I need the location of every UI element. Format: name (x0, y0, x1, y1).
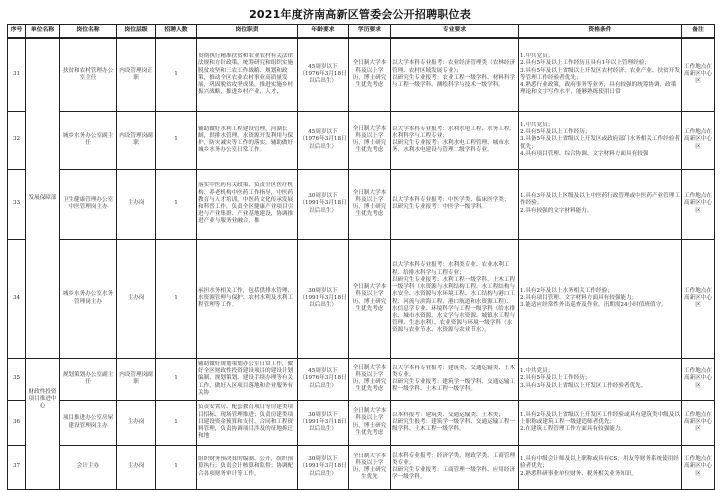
major-line: 以大学本科专业报考：水利类专业、农业水利工程、给排水科学与工程专业； (392, 262, 517, 276)
cell-age: 30周岁以下（1991年3月18日以后出生） (298, 169, 349, 239)
cell-qualifications: 1.中共党员； 2.具有5年及以上工作经历； 3.具备5年及以上省级以上开发区或… (519, 111, 682, 169)
major-line: 以研究生专业报考：水利工程一级学科、土木工程一级学科（水资源与水利结构工程、水工… (392, 277, 517, 335)
duties-text: 辅助做好规划策划办公室日常工作，做好全区财政性投资建设项目的建设计划编制、规划策… (198, 361, 296, 397)
table-header-row: 序号 单位名称 岗位名称 岗位层级 招聘人数 岗位职责 年龄要求 学历要求 专业… (8, 25, 715, 39)
cell-major: 以大学本科专业报考：水利类专业、农业水利工程、给排水科学与工程专业； 以研究生专… (391, 239, 519, 358)
qualification-line: 4.熟悉行业政策，政府事务等业务，具有较强的统筹协调、政策理论和文字写作水平，能… (520, 82, 680, 96)
cell-education: 全日制大学本科及以上学历，博士研究生优先考虑 (349, 358, 391, 400)
qualification-line: 3.能适应经常性外出巡查及作业，汛期需24小时值班值守。 (520, 302, 680, 309)
table-row: 34 城乡水务办公室水务管理岗主办 主办岗 1 承担水务相关工作，包括供排水管理… (8, 239, 715, 358)
major-line: 以研究生专业报考：中医学一级学科。 (392, 204, 517, 211)
unit-text: 财政性投资项目推进中心 (27, 389, 58, 411)
cell-major: 以本科报考：建筑类、交通运输类、土木类； 以研究生报考：建筑学一级学科、交通运输… (391, 400, 519, 445)
cell-level: 主办岗 (117, 445, 156, 456)
table-row: 32 城乡水务办公室副主任 内设管理岗副职 1 辅助做好水利工程建设管理，河湖长… (8, 111, 715, 169)
qualification-line: 2.具有项目管理、文字材料方面具有较强能力； (520, 295, 680, 302)
cell-education: 全日制大学本科及以上学历，博士研究生优先考虑 (349, 400, 391, 445)
cell-age: 30周岁以下（1991年3月18日以后出生） (298, 239, 349, 358)
cell-position: 会计主办 (60, 445, 117, 456)
cell-major: 以大学本科专业报考：建筑类、交通运输类、土木类专业； 以研究生专业报考：建筑学一… (391, 358, 519, 400)
cell-remark: 工作地点在高新区中心区 (682, 358, 715, 400)
cell-qualifications: 1.中共党员； 2.具有5年及以上工作经历且具有1年以上管理经验； 3.具有5年… (519, 38, 682, 111)
header-count: 招聘人数 (156, 25, 197, 39)
qualification-line: 4.具有项目管理、综合协调、文字材料方面具有较强 (520, 151, 680, 158)
cell-level: 主办岗 (117, 169, 156, 239)
header-major: 专业要求 (391, 25, 519, 39)
cell-no: 31 (8, 38, 26, 111)
duties-text: 贯彻执行精准扶贫和农业农村有关法律法规和方针政策，统筹研究和组织实施脱贫攻坚和三… (198, 53, 296, 96)
cell-level: 内设管理岗正职 (117, 38, 156, 111)
qualification-line: 2.在建筑工程管理工作方面具有较强能力。 (520, 426, 680, 433)
cell-age: 45周岁以下（1976年3月18日以后出生） (298, 358, 349, 400)
qualification-line: 2.具有5年及以上工作经历； (520, 375, 680, 382)
qualification-line: 1.具有2年及以上省级以上开发区工作经验或具有建筑类中级及以上职称或建筑工程一级… (520, 412, 680, 426)
cell-remark: 工作地点在高新区中心区 (682, 169, 715, 239)
header-education: 学历要求 (349, 25, 391, 39)
recruitment-table: 序号 单位名称 岗位名称 岗位层级 招聘人数 岗位职责 年龄要求 学历要求 专业… (7, 24, 715, 456)
cell-major: 以本科专业报考：经济学类、财政学类、工商管理类专业； 以研究生专业报考：工商管理… (391, 445, 519, 456)
cell-unit: 发展保障部 (26, 38, 60, 358)
cell-remark: 工作地点在高新区中心区 (682, 38, 715, 111)
cell-no: 36 (8, 400, 26, 445)
cell-age: 45周岁以下（1976年3月18日以后出生） (298, 111, 349, 169)
table-row: 31 发展保障部 扶贫和农村管理办公室主任 内设管理岗正职 1 贯彻执行精准扶贫… (8, 38, 715, 111)
cell-qualifications: 1.具有中级会计师及以上职称或具有CS、用友等财务系统使用经验者优先； 2.熟悉… (519, 445, 682, 456)
cell-duties: 落实中医药有关政策，负责全区医疗机构、养老机构中医药工作指导，中医药教育与人才培… (197, 169, 298, 239)
header-position: 岗位名称 (60, 25, 117, 39)
cell-count: 1 (156, 38, 197, 111)
cell-education: 全日制大学本科及以上学历，博士研究生优先 (349, 445, 391, 456)
cell-major: 以大学本科专业报考：农业经济管理类（农林经济管理、农村区域发展专业）； 以研究生… (391, 38, 519, 111)
header-unit: 单位名称 (26, 25, 60, 39)
major-line: 以研究生专业报考：水利水电工程管理、城市水务、水利水电建设与管理二级学科专业。 (392, 140, 517, 154)
header-no: 序号 (8, 25, 26, 39)
qualification-line: 1.具有3年及以上区级及以上中医药行政管理或中医药产业管理工作经验； (520, 193, 680, 207)
cell-no: 33 (8, 169, 26, 239)
cell-no: 37 (8, 445, 26, 456)
cell-education: 全日制大学本科及以上学历，博士研究生优先考虑 (349, 111, 391, 169)
major-line: 以本科专业报考：经济学类、财政学类、工商管理类专业； (392, 453, 517, 456)
cell-qualifications: 1.具有3年及以上区级及以上中医药行政管理或中医药产业管理工作经验； 2.具有较… (519, 169, 682, 239)
cell-count: 1 (156, 400, 197, 445)
header-age: 年龄要求 (298, 25, 349, 39)
cell-age: 45周岁以下（1976年3月18日以后出生） (298, 38, 349, 111)
cell-remark: 工作地点在高新区中心区 (682, 400, 715, 445)
cell-level: 主办岗 (117, 400, 156, 445)
table-row: 37 会计主办 主办岗 1 组织财务预决算的编制、公开，组织预算执行；负责会计核… (8, 445, 715, 456)
cell-position: 扶贫和农村管理办公室主任 (60, 38, 117, 111)
document-title: 2021年度济南高新区管委会公开招聘职位表 (0, 6, 720, 22)
cell-age: 30周岁以下（1991年3月18日以后出生） (298, 400, 349, 445)
qualification-line: 1.具有2年及以上水务相关工作经验； (520, 288, 680, 295)
header-level: 岗位层级 (117, 25, 156, 39)
cell-duties: 辅助做好水利工程建设管理，河湖长制，供排水管理，水资源开发利用与保护，防灾减灾等… (197, 111, 298, 169)
cell-education: 全日制大学本科及以上学历，博士研究生优先考虑 (349, 239, 391, 358)
cell-count: 1 (156, 169, 197, 239)
cell-level: 内设管理岗副职 (117, 111, 156, 169)
qualification-line: 3.具有3年及以上省级以上开发区工作经验者优先。 (520, 383, 680, 390)
major-line: 以研究生专业报考：农业工程一级学科、材料科学与工程一级学科、测绘科学与技术一级学… (392, 75, 517, 89)
cell-duties: 贯彻执行精准扶贫和农业农村有关法律法规和方针政策，统筹研究和组织实施脱贫攻坚和三… (197, 38, 298, 111)
cell-duties: 负责安置房、配套教育项目等房建类项目招标、现场管理推进；负责房建类项目建设资金预… (197, 400, 298, 445)
qualification-line: 3.具有5年及以上省级以上开发区农村经济、农业产业、扶贫开发等管理工作经验者优先… (520, 68, 680, 82)
table-row: 35 财政性投资项目推进中心 规划策划办公室副主任 内设管理岗副职 1 辅助做好… (8, 358, 715, 400)
major-line: 以大学本科专业报考：建筑类、交通运输类、土木类专业； (392, 365, 517, 379)
cell-duties: 辅助做好规划策划办公室日常工作，做好全区财政性投资建设项目的建设计划编制、规划策… (197, 358, 298, 400)
header-remark: 备注 (682, 25, 715, 39)
cell-count: 1 (156, 239, 197, 358)
cell-position: 卫生健康管理办公室中医管理岗主办 (60, 169, 117, 239)
cell-education: 全日制大学本科及以上学历，博士研究生优先考虑 (349, 169, 391, 239)
cell-remark: 工作地点在高新区中心区 (682, 111, 715, 169)
qualification-line: 2.具有5年及以上工作经历且具有1年以上管理经验； (520, 60, 680, 67)
cell-level: 内设管理岗副职 (117, 358, 156, 400)
cell-position: 城乡水务办公室水务管理岗主办 (60, 239, 117, 358)
header-qualifications: 资格条件 (519, 25, 682, 39)
cell-education: 全日制大学本科及以上学历，博士研究生优先考虑 (349, 38, 391, 111)
cell-duties: 组织财务预决算的编制、公开，组织预算执行；负责会计核算和监督；协调配合各项财务审… (197, 445, 298, 456)
cell-no: 32 (8, 111, 26, 169)
major-line: 以研究生报考：建筑学一级学科、交通运输工程一级学科、土木工程一级学科。 (392, 419, 517, 433)
major-line: 以大学本科专业报考：农业经济管理类（农林经济管理、农村区域发展专业）； (392, 60, 517, 74)
education-text: 全日制大学本科及以上学历，博士研究生优先 (350, 453, 389, 456)
duties-text: 落实中医药有关政策，负责全区医疗机构、养老机构中医药工作指导，中医药教育与人才培… (198, 182, 296, 225)
cell-major: 以大学本科专业报考：中医学类、临床医学类； 以研究生专业报考：中医学一级学科。 (391, 169, 519, 239)
cell-no: 35 (8, 358, 26, 400)
major-line: 以大学本科专业报考：水利水电工程、水务工程、水利科学与工程专业； (392, 126, 517, 140)
duties-text: 辅助做好水利工程建设管理，河湖长制，供排水管理，水资源开发利用与保护，防灾减灾等… (198, 126, 296, 155)
table-row: 33 卫生健康管理办公室中医管理岗主办 主办岗 1 落实中医药有关政策，负责全区… (8, 169, 715, 239)
cell-count: 1 (156, 358, 197, 400)
cell-count: 1 (156, 111, 197, 169)
major-line: 以本科报考：建筑类、交通运输类、土木类； (392, 412, 517, 419)
major-line: 以大学本科专业报考：中医学类、临床医学类； (392, 197, 517, 204)
cell-position: 城乡水务办公室副主任 (60, 111, 117, 169)
cell-qualifications: 1.具有2年及以上水务相关工作经验； 2.具有项目管理、文字材料方面具有较强能力… (519, 239, 682, 358)
cell-count: 1 (156, 445, 197, 456)
cell-duties: 承担水务相关工作，包括供排水管理、水资源管理与保护、农村水利及水利工程管理等工作… (197, 239, 298, 358)
cell-position: 项目推进办公室房屋建设管理岗主办 (60, 400, 117, 445)
cell-qualifications: 1.具有2年及以上省级以上开发区工作经验或具有建筑类中级及以上职称或建筑工程一级… (519, 400, 682, 445)
major-line: 以研究生专业报考：建筑学一级学科、交通运输工程一级学科、土木工程一级学科。 (392, 379, 517, 393)
cell-major: 以大学本科专业报考：水利水电工程、水务工程、水利科学与工程专业； 以研究生专业报… (391, 111, 519, 169)
cell-level: 主办岗 (117, 239, 156, 358)
qualification-line: 2.具有较强的文字材料能力。 (520, 208, 680, 215)
cell-age: 30周岁以下（1991年3月18日以后出生） (298, 445, 349, 456)
qualification-line: 3.具备5年及以上省级以上开发区或政府部门水务相关工作经验者优先； (520, 136, 680, 150)
cell-position: 规划策划办公室副主任 (60, 358, 117, 400)
cell-remark: 工作地点在高新区中心区 (682, 239, 715, 358)
cell-unit: 财政性投资项目推进中心 (26, 358, 60, 456)
cell-no: 34 (8, 239, 26, 358)
cell-remark: 工作地点在高新区中心区 (682, 445, 715, 456)
table-row: 36 项目推进办公室房屋建设管理岗主办 主办岗 1 负责安置房、配套教育项目等房… (8, 400, 715, 445)
header-duties: 岗位职责 (197, 25, 298, 39)
cell-qualifications: 1.中共党员； 2.具有5年及以上工作经历； 3.具有3年及以上省级以上开发区工… (519, 358, 682, 400)
duties-text: 负责安置房、配套教育项目等房建类项目招标、现场管理推进；负责房建类项目建设资金预… (198, 404, 296, 440)
